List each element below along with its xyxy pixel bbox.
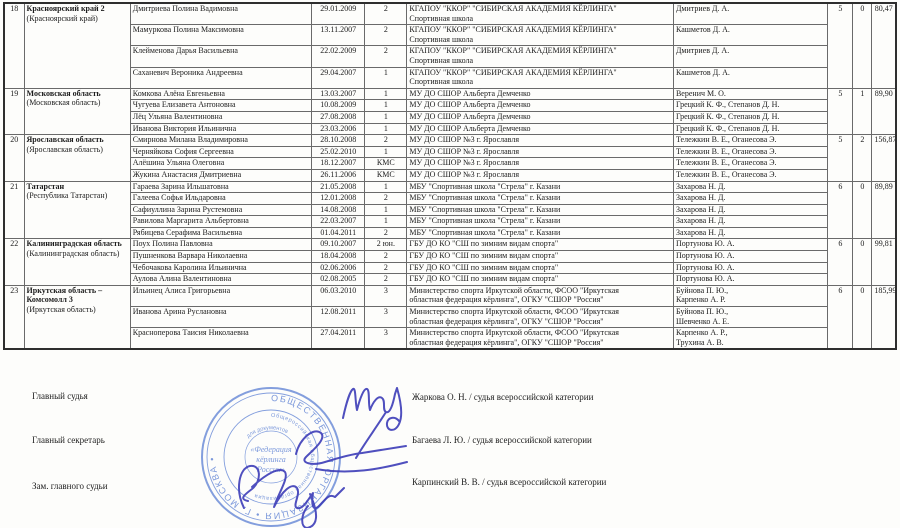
member-birthdate: 13.11.2007	[312, 25, 365, 46]
member-name: Саханевич Вероника Андреевна	[130, 67, 311, 88]
member-rank: 1	[365, 123, 407, 135]
member-rank: 1	[365, 111, 407, 123]
team-games-count: 6	[828, 181, 853, 239]
stamp-inner-ring-text: Общероссийская общественная организация	[253, 413, 315, 501]
svg-text:ОБЩЕСТВЕННАЯ ОРГАНИЗАЦИЯ •: ОБЩЕСТВЕННАЯ ОРГАНИЗАЦИЯ • Г. МОСКВА •	[207, 393, 335, 521]
member-organization: МУ ДО СШОР №3 г. Ярославля	[407, 158, 674, 170]
member-row: Клейменова Дарья Васильевна22.02.20092КГ…	[4, 46, 896, 67]
member-name: Иванова Арина Руслановна	[130, 307, 311, 328]
team-number: 22	[4, 239, 24, 285]
member-organization: МБУ "Спортивная школа "Стрела" г. Казани	[407, 181, 674, 193]
team-games-count: 5	[828, 3, 853, 88]
member-organization: МУ ДО СШОР №3 г. Ярославля	[407, 169, 674, 181]
scanned-protocol-page: 18Красноярский край 2(Красноярский край)…	[0, 0, 900, 528]
svg-text:для документов: для документов	[246, 425, 289, 439]
stamp-outer-ring-text: ОБЩЕСТВЕННАЯ ОРГАНИЗАЦИЯ • Г. МОСКВА •	[207, 393, 335, 521]
member-coaches: Тележкин В. Е., Оганесова Э.	[673, 146, 827, 158]
member-name: Комкова Алёна Евгеньевна	[130, 88, 311, 100]
team-number: 20	[4, 135, 24, 181]
member-row: Чугуева Елизавета Антоновна10.08.20091МУ…	[4, 100, 896, 112]
member-birthdate: 12.08.2011	[312, 307, 365, 328]
member-coaches: Дмитриев Д. А.	[673, 3, 827, 25]
team-losses-count: 0	[853, 285, 872, 349]
member-rank: 2	[365, 193, 407, 205]
member-row: Галеева Софья Ильдаровна12.01.20082МБУ "…	[4, 193, 896, 205]
team-title: Калининградская область	[27, 239, 128, 249]
team-region-name: (Красноярский край)	[27, 14, 128, 24]
signature-bagaeva-icon	[296, 431, 407, 471]
role-chief-secretary: Главный секретарь	[32, 435, 105, 446]
member-birthdate: 10.08.2009	[312, 100, 365, 112]
member-rank: 3	[365, 285, 407, 306]
member-rank: 1	[365, 100, 407, 112]
member-name: Равилова Маргарита Альбертовна	[130, 216, 311, 228]
member-coaches: Кашметов Д. А.	[673, 25, 827, 46]
team-losses-count: 0	[853, 181, 872, 239]
member-name: Смирнова Милана Владимировна	[130, 135, 311, 147]
member-name: Пушненкова Варвара Николаевна	[130, 251, 311, 263]
member-name: Красноперова Таисия Николаевна	[130, 328, 311, 350]
member-birthdate: 18.04.2008	[312, 251, 365, 263]
member-name: Жукина Анастасия Дмитриевна	[130, 169, 311, 181]
member-organization: МУ ДО СШОР Альберта Демченко	[407, 88, 674, 100]
member-rank: 3	[365, 328, 407, 350]
stamp-center-line-1: «Федерация	[250, 445, 291, 454]
member-rank: КМС	[365, 169, 407, 181]
team-region-name: (Московская область)	[27, 98, 128, 108]
member-birthdate: 02.08.2005	[312, 274, 365, 286]
member-coaches: Карпенко А. Р.,Трухина А. В.	[673, 328, 827, 350]
stamp-arc-text: для документов	[246, 425, 289, 439]
member-rank: КМС	[365, 158, 407, 170]
member-coaches: Портунова Ю. А.	[673, 239, 827, 251]
member-name: Дмитриева Полина Вадимовна	[130, 3, 311, 25]
team-number: 18	[4, 3, 24, 88]
judge-name-karpinskiy: Карпинский В. В. / судья всероссийской к…	[412, 477, 606, 488]
team-score: 156,87	[872, 135, 896, 181]
team-score: 185,99	[872, 285, 896, 349]
member-coaches: Буйнова П. Ю.,Шевченко А. Е.	[673, 307, 827, 328]
member-rank: 2	[365, 46, 407, 67]
team-region: Иркутская область – Комсомолл 3(Иркутска…	[24, 285, 130, 349]
team-title: Московская область	[27, 89, 128, 99]
member-rank: 1	[365, 204, 407, 216]
member-row: 21Татарстан(Республика Татарстан)Гараева…	[4, 181, 896, 193]
member-coaches: Захарова Н. Д.	[673, 204, 827, 216]
member-coaches: Грецкий К. Ф., Степанов Д. Н.	[673, 100, 827, 112]
team-region: Красноярский край 2(Красноярский край)	[24, 3, 130, 88]
member-name: Мамуркова Полина Максимовна	[130, 25, 311, 46]
member-name: Галеева Софья Ильдаровна	[130, 193, 311, 205]
member-row: Саханевич Вероника Андреевна29.04.20071К…	[4, 67, 896, 88]
member-rank: 2	[365, 135, 407, 147]
member-rank: 2	[365, 25, 407, 46]
member-coaches: Портунова Ю. А.	[673, 262, 827, 274]
member-rank: 1	[365, 146, 407, 158]
member-row: Рябицева Серафима Васильевна01.04.20112М…	[4, 227, 896, 239]
team-score: 89,90	[872, 88, 896, 134]
member-name: Иванова Виктория Ильинична	[130, 123, 311, 135]
handwritten-signatures	[200, 366, 440, 528]
member-birthdate: 09.10.2007	[312, 239, 365, 251]
member-birthdate: 22.03.2007	[312, 216, 365, 228]
member-coaches: Буйнова П. Ю.,Карпенко А. Р.	[673, 285, 827, 306]
member-coaches: Кашметов Д. А.	[673, 67, 827, 88]
member-coaches: Тележкин В. Е., Оганесова Э.	[673, 169, 827, 181]
team-title: Татарстан	[27, 182, 128, 192]
member-birthdate: 29.04.2007	[312, 67, 365, 88]
member-rank: 1	[365, 67, 407, 88]
member-birthdate: 14.08.2008	[312, 204, 365, 216]
team-losses-count: 0	[853, 3, 872, 88]
member-birthdate: 26.11.2006	[312, 169, 365, 181]
team-region: Ярославская область(Ярославская область)	[24, 135, 130, 181]
member-name: Черняйкова София Сергеевна	[130, 146, 311, 158]
member-birthdate: 06.03.2010	[312, 285, 365, 306]
member-coaches: Захарова Н. Д.	[673, 181, 827, 193]
member-birthdate: 25.02.2010	[312, 146, 365, 158]
member-organization: ГБУ ДО КО "СШ по зимним видам спорта"	[407, 274, 674, 286]
member-name: Алёшина Ульяна Олеговна	[130, 158, 311, 170]
member-rank: 2	[365, 3, 407, 25]
member-row: Иванова Арина Руслановна12.08.20113Минис…	[4, 307, 896, 328]
member-organization: МБУ "Спортивная школа "Стрела" г. Казани	[407, 204, 674, 216]
member-birthdate: 22.02.2009	[312, 46, 365, 67]
member-birthdate: 21.05.2008	[312, 181, 365, 193]
team-score: 99,81	[872, 239, 896, 285]
member-birthdate: 13.03.2007	[312, 88, 365, 100]
member-row: Красноперова Таисия Николаевна27.04.2011…	[4, 328, 896, 350]
team-region-name: (Иркутская область)	[27, 305, 128, 315]
member-coaches: Захарова Н. Д.	[673, 227, 827, 239]
team-region-name: (Республика Татарстан)	[27, 191, 128, 201]
member-name: Сафиуллина Зарина Рустемовна	[130, 204, 311, 216]
member-birthdate: 18.12.2007	[312, 158, 365, 170]
member-rank: 2	[365, 227, 407, 239]
team-number: 21	[4, 181, 24, 239]
signature-zharkova-icon	[343, 388, 401, 458]
member-row: Сафиуллина Зарина Рустемовна14.08.20081М…	[4, 204, 896, 216]
member-birthdate: 01.04.2011	[312, 227, 365, 239]
member-name: Ильинец Алиса Григорьевна	[130, 285, 311, 306]
stamp-center-line-3: России»	[256, 465, 285, 474]
member-coaches: Портунова Ю. А.	[673, 251, 827, 263]
member-coaches: Грецкий К. Ф., Степанов Д. Н.	[673, 111, 827, 123]
member-birthdate: 12.01.2008	[312, 193, 365, 205]
member-organization: МБУ "Спортивная школа "Стрела" г. Казани	[407, 193, 674, 205]
member-organization: МУ ДО СШОР Альберта Демченко	[407, 111, 674, 123]
member-birthdate: 28.10.2008	[312, 135, 365, 147]
member-row: Лёц Ульяна Валентиновна27.08.20081МУ ДО …	[4, 111, 896, 123]
member-rank: 2	[365, 251, 407, 263]
team-games-count: 6	[828, 285, 853, 349]
member-coaches: Портунова Ю. А.	[673, 274, 827, 286]
member-birthdate: 27.04.2011	[312, 328, 365, 350]
member-row: 20Ярославская область(Ярославская област…	[4, 135, 896, 147]
member-organization: МУ ДО СШОР Альберта Демченко	[407, 123, 674, 135]
member-organization: ГБУ ДО КО "СШ по зимним видам спорта"	[407, 251, 674, 263]
member-organization: КГАПОУ "ККОР" "СИБИРСКАЯ АКАДЕМИЯ КЁРЛИН…	[407, 46, 674, 67]
team-number: 19	[4, 88, 24, 134]
judge-name-zharkova: Жаркова О. Н. / судья всероссийской кате…	[412, 392, 593, 403]
member-organization: КГАПОУ "ККОР" "СИБИРСКАЯ АКАДЕМИЯ КЁРЛИН…	[407, 25, 674, 46]
svg-text:Общероссийская общественная ор: Общероссийская общественная организация	[253, 413, 315, 501]
member-birthdate: 23.03.2006	[312, 123, 365, 135]
member-organization: МУ ДО СШОР Альберта Демченко	[407, 100, 674, 112]
member-row: Пушненкова Варвара Николаевна18.04.20082…	[4, 251, 896, 263]
member-name: Гараева Зарина Ильшатовна	[130, 181, 311, 193]
member-rank: 3	[365, 307, 407, 328]
member-coaches: Захарова Н. Д.	[673, 216, 827, 228]
member-birthdate: 29.01.2009	[312, 3, 365, 25]
team-number: 23	[4, 285, 24, 349]
team-title: Красноярский край 2	[27, 4, 128, 14]
judge-name-bagaeva: Багаева Л. Ю. / судья всероссийской кате…	[412, 435, 592, 446]
member-birthdate: 02.06.2006	[312, 262, 365, 274]
member-row: Жукина Анастасия Дмитриевна26.11.2006КМС…	[4, 169, 896, 181]
member-coaches: Дмитриев Д. А.	[673, 46, 827, 67]
team-score: 80,47	[872, 3, 896, 88]
member-row: Алёшина Ульяна Олеговна18.12.2007КМСМУ Д…	[4, 158, 896, 170]
team-title: Иркутская область – Комсомолл 3	[27, 286, 128, 305]
member-row: Аулова Алина Валентиновна02.08.20052ГБУ …	[4, 274, 896, 286]
member-rank: 2	[365, 262, 407, 274]
member-coaches: Грецкий К. Ф., Степанов Д. Н.	[673, 123, 827, 135]
federation-round-stamp-icon: ОБЩЕСТВЕННАЯ ОРГАНИЗАЦИЯ • Г. МОСКВА • О…	[198, 384, 344, 528]
member-organization: МБУ "Спортивная школа "Стрела" г. Казани	[407, 227, 674, 239]
team-games-count: 5	[828, 88, 853, 134]
member-row: 22Калининградская область(Калининградска…	[4, 239, 896, 251]
member-coaches: Тележкин В. Е., Оганесова Э.	[673, 158, 827, 170]
team-roster-table: 18Красноярский край 2(Красноярский край)…	[3, 2, 897, 350]
member-row: Мамуркова Полина Максимовна13.11.20072КГ…	[4, 25, 896, 46]
team-games-count: 5	[828, 135, 853, 181]
member-rank: 2 юн.	[365, 239, 407, 251]
member-organization: МБУ "Спортивная школа "Стрела" г. Казани	[407, 216, 674, 228]
member-organization: ГБУ ДО КО "СШ по зимним видам спорта"	[407, 262, 674, 274]
member-rank: 1	[365, 88, 407, 100]
member-organization: Министерство спорта Иркутской области, Ф…	[407, 328, 674, 350]
member-organization: КГАПОУ "ККОР" "СИБИРСКАЯ АКАДЕМИЯ КЁРЛИН…	[407, 67, 674, 88]
member-row: Иванова Виктория Ильинична23.03.20061МУ …	[4, 123, 896, 135]
team-score: 89,89	[872, 181, 896, 239]
member-coaches: Тележкин В. Е., Оганесова Э.	[673, 135, 827, 147]
member-organization: МУ ДО СШОР №3 г. Ярославля	[407, 135, 674, 147]
member-row: Равилова Маргарита Альбертовна22.03.2007…	[4, 216, 896, 228]
team-losses-count: 0	[853, 239, 872, 285]
member-organization: Министерство спорта Иркутской области, Ф…	[407, 307, 674, 328]
role-deputy-chief-judge: Зам. главного судьи	[32, 481, 108, 492]
member-name: Чебочакова Каролина Ильинична	[130, 262, 311, 274]
member-organization: КГАПОУ "ККОР" "СИБИРСКАЯ АКАДЕМИЯ КЁРЛИН…	[407, 3, 674, 25]
member-coaches: Захарова Н. Д.	[673, 193, 827, 205]
member-row: 23Иркутская область – Комсомолл 3(Иркутс…	[4, 285, 896, 306]
member-name: Чугуева Елизавета Антоновна	[130, 100, 311, 112]
member-row: Черняйкова София Сергеевна25.02.20101МУ …	[4, 146, 896, 158]
member-row: 19Московская область(Московская область)…	[4, 88, 896, 100]
team-title: Ярославская область	[27, 135, 128, 145]
team-losses-count: 2	[853, 135, 872, 181]
team-region: Калининградская область(Калининградская …	[24, 239, 130, 285]
member-row: 18Красноярский край 2(Красноярский край)…	[4, 3, 896, 25]
member-name: Лёц Ульяна Валентиновна	[130, 111, 311, 123]
member-birthdate: 27.08.2008	[312, 111, 365, 123]
role-chief-judge: Главный судья	[32, 391, 88, 402]
team-region: Татарстан(Республика Татарстан)	[24, 181, 130, 239]
team-games-count: 6	[828, 239, 853, 285]
member-name: Поух Полина Павловна	[130, 239, 311, 251]
member-organization: МУ ДО СШОР №3 г. Ярославля	[407, 146, 674, 158]
team-region-name: (Ярославская область)	[27, 145, 128, 155]
member-name: Клейменова Дарья Васильевна	[130, 46, 311, 67]
team-roster-body: 18Красноярский край 2(Красноярский край)…	[4, 3, 896, 349]
team-losses-count: 1	[853, 88, 872, 134]
member-name: Аулова Алина Валентиновна	[130, 274, 311, 286]
member-rank: 1	[365, 216, 407, 228]
member-rank: 2	[365, 274, 407, 286]
member-rank: 1	[365, 181, 407, 193]
signature-karpinskiy-icon	[239, 466, 344, 528]
member-row: Чебочакова Каролина Ильинична02.06.20062…	[4, 262, 896, 274]
member-coaches: Веренич М. О.	[673, 88, 827, 100]
member-name: Рябицева Серафима Васильевна	[130, 227, 311, 239]
member-organization: ГБУ ДО КО "СШ по зимним видам спорта"	[407, 239, 674, 251]
stamp-center-line-2: кёрлинга	[256, 455, 286, 464]
member-organization: Министерство спорта Иркутской области, Ф…	[407, 285, 674, 306]
team-region-name: (Калининградская область)	[27, 249, 128, 259]
team-region: Московская область(Московская область)	[24, 88, 130, 134]
